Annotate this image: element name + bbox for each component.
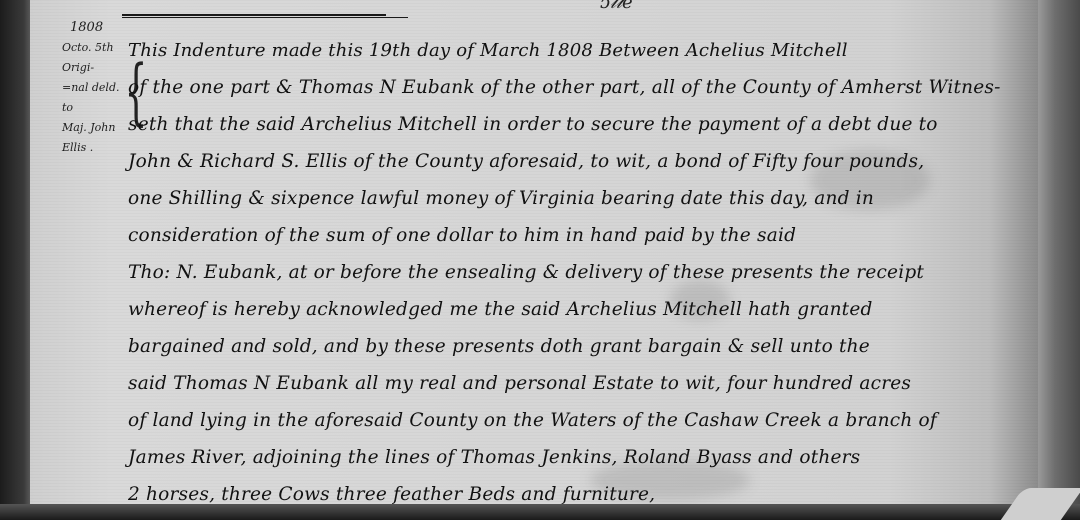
page-top-mark: ɔ𝓁𝓁𝑒 [600,0,633,13]
margin-note-line: =nal deld. to [62,78,122,118]
margin-note: 1808 Octo. 5th Origi- =nal deld. to Maj.… [62,18,122,158]
deed-line: John & Richard S. Ellis of the County af… [128,143,1063,180]
margin-note-line: Maj. John [62,118,122,138]
deed-line: bargained and sold, and by these present… [128,328,1063,365]
page-binding-shadow [0,0,34,520]
deed-line: Tho: N. Eubank, at or before the enseali… [128,254,1063,291]
deed-line: James River, adjoining the lines of Thom… [128,439,1063,476]
header-rule-thin [122,17,408,18]
deed-line: of the one part & Thomas N Eubank of the… [128,69,1063,106]
deed-body-text: This Indenture made this 19th day of Mar… [128,32,1063,513]
deed-line: of land lying in the aforesaid County on… [128,402,1063,439]
margin-note-line: Ellis . [62,138,122,158]
deed-line: seth that the said Archelius Mitchell in… [128,106,1063,143]
header-rule [122,14,386,16]
page-bottom-edge [0,504,1080,520]
deed-line: consideration of the sum of one dollar t… [128,217,1063,254]
deed-line: This Indenture made this 19th day of Mar… [128,32,1063,69]
margin-note-year: 1808 [62,18,122,38]
deed-line: whereof is hereby acknowledged me the sa… [128,291,1063,328]
margin-note-line: Octo. 5th Origi- [62,38,122,78]
deed-line: said Thomas N Eubank all my real and per… [128,365,1063,402]
deed-line: one Shilling & sixpence lawful money of … [128,180,1063,217]
